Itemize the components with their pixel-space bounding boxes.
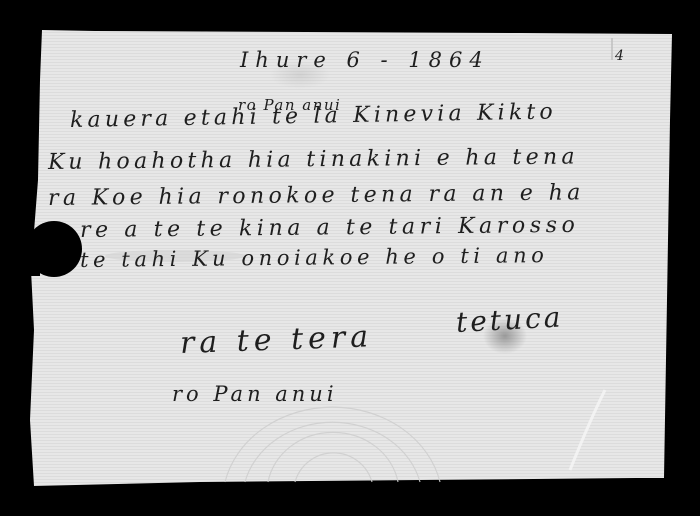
corner-mark: 4 bbox=[615, 48, 624, 64]
closing-word: tetuca bbox=[455, 300, 564, 339]
letter-date: Ihure 6 - 1864 bbox=[240, 48, 490, 72]
body-line-4: re a te te kina a te tari Karosso bbox=[80, 213, 580, 243]
letter-paper: 4 Ihure 6 - 1864 ro Pan anui kauera etah… bbox=[0, 0, 700, 516]
closing: ra te tera bbox=[179, 319, 373, 361]
body-line-5: te tahi Ku onoiakoe he o ti ano bbox=[80, 243, 549, 272]
signature: ro Pan anui bbox=[172, 382, 338, 406]
